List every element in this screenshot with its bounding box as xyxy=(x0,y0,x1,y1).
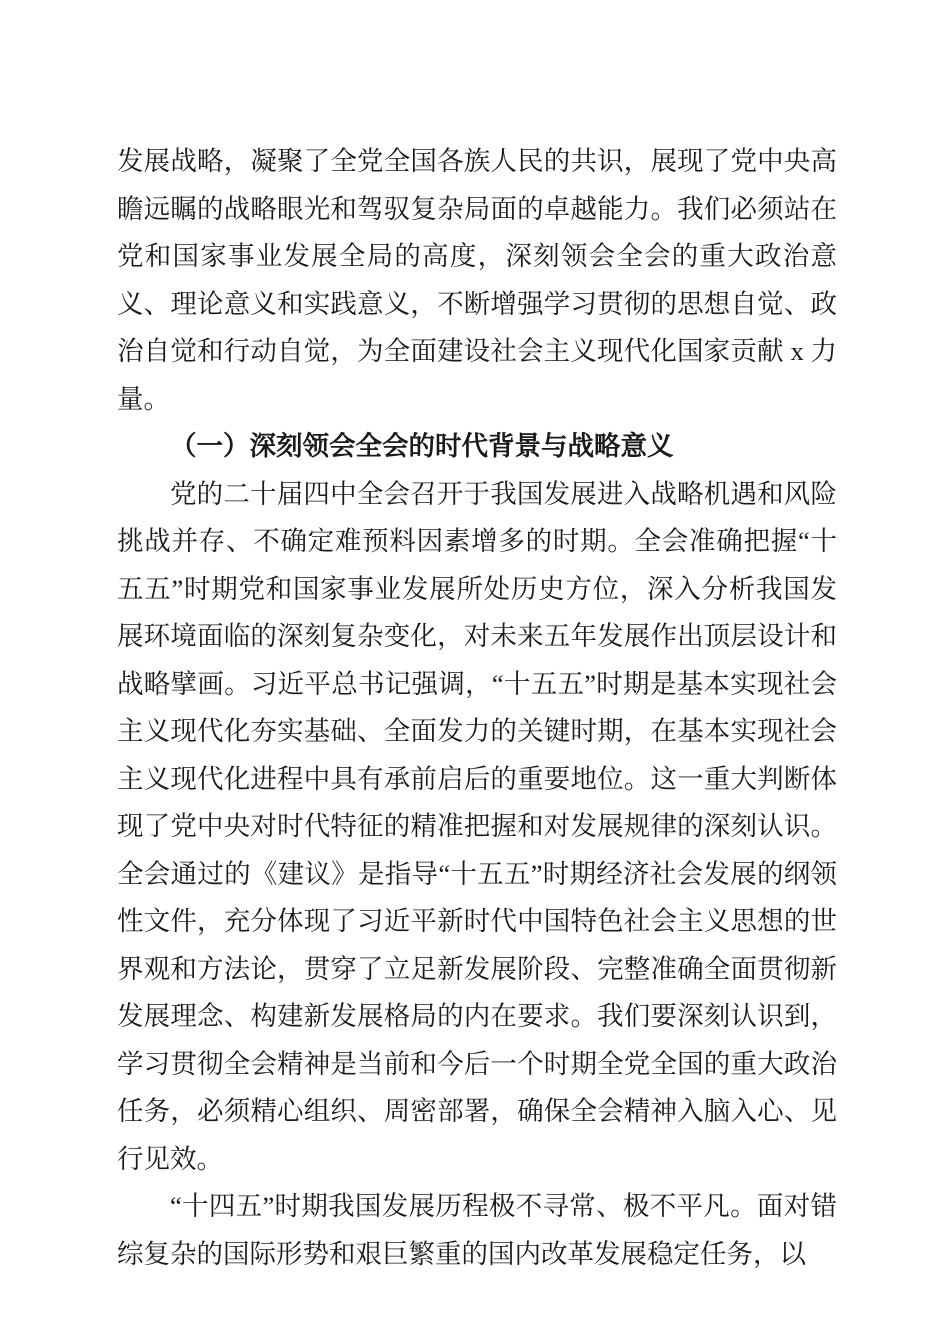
body-paragraph-continued: 发展战略，凝聚了全党全国各族人民的共识，展现了党中央高瞻远瞩的战略眼光和驾驭复杂… xyxy=(117,138,837,423)
document-page: 发展战略，凝聚了全党全国各族人民的共识，展现了党中央高瞻远瞩的战略眼光和驾驭复杂… xyxy=(0,0,950,1344)
body-paragraph: 党的二十届四中全会召开于我国发展进入战略机遇和风险挑战并存、不确定难预料因素增多… xyxy=(117,471,837,1184)
body-paragraph-truncated: “十四五”时期我国发展历程极不寻常、极不平凡。面对错综复杂的国际形势和艰巨繁重的… xyxy=(117,1183,837,1278)
document-text-block: 发展战略，凝聚了全党全国各族人民的共识，展现了党中央高瞻远瞩的战略眼光和驾驭复杂… xyxy=(117,138,837,1278)
section-heading: （一）深刻领会全会的时代背景与战略意义 xyxy=(117,423,837,471)
